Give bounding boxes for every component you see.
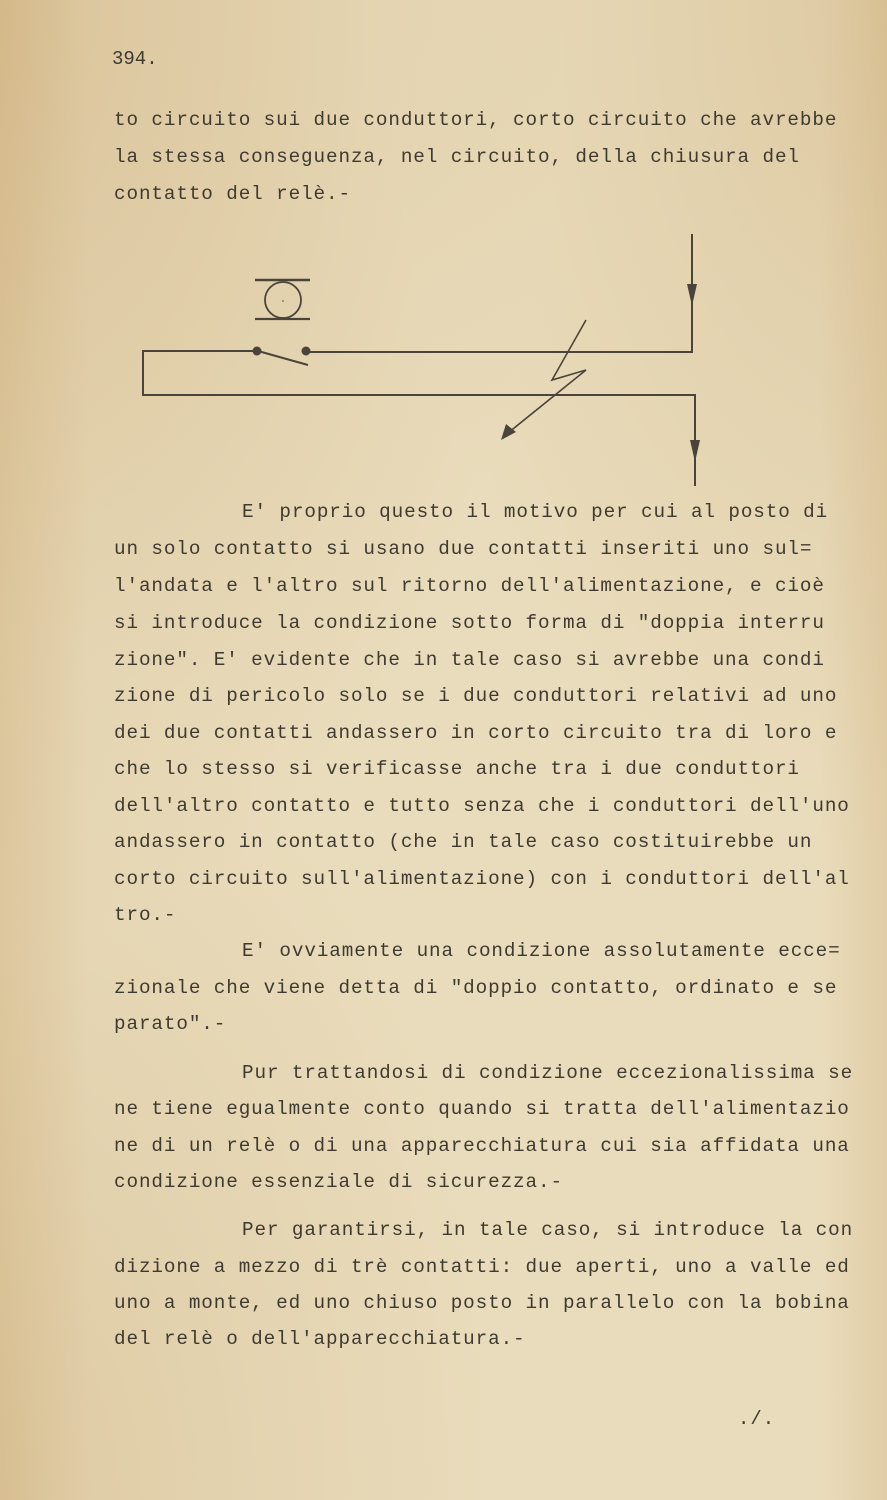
- text-line: uno a monte, ed uno chiuso posto in para…: [114, 1291, 850, 1315]
- supply-out-arrow: [690, 440, 700, 462]
- text-line: che lo stesso si verificasse anche tra i…: [114, 757, 800, 781]
- text-line: ne di un relè o di una apparecchiatura c…: [114, 1134, 850, 1158]
- supply-in-arrow: [687, 284, 697, 306]
- text-line: E' proprio questo il motivo per cui al p…: [242, 500, 828, 524]
- text-line: E' ovviamente una condizione assolutamen…: [242, 939, 841, 963]
- text-line: zione di pericolo solo se i due condutto…: [114, 684, 837, 708]
- text-line: tro.-: [114, 903, 176, 927]
- text-line: dei due contatti andassero in corto circ…: [114, 721, 837, 745]
- relay-coil-symbol: [255, 280, 310, 319]
- bolt-arrowhead: [501, 424, 516, 440]
- text-line: Pur trattandosi di condizione eccezional…: [242, 1061, 853, 1085]
- text-line: un solo contatto si usano due contatti i…: [114, 537, 812, 561]
- continuation-mark: ./.: [738, 1408, 775, 1430]
- open-contact: [258, 351, 308, 365]
- text-line: corto circuito sull'alimentazione) con i…: [114, 867, 850, 891]
- text-line: ne tiene egualmente conto quando si trat…: [114, 1097, 850, 1121]
- text-line: del relè o dell'apparecchiatura.-: [114, 1327, 526, 1351]
- text-line: zione". E' evidente che in tale caso si …: [114, 648, 825, 672]
- text-line: dell'altro contatto e tutto senza che i …: [114, 794, 850, 818]
- text-line: l'andata e l'altro sul ritorno dell'alim…: [114, 574, 825, 598]
- short-circuit-bolt: [503, 320, 586, 437]
- text-line: Per garantirsi, in tale caso, si introdu…: [242, 1218, 853, 1242]
- supply-conductor-return: [307, 234, 692, 352]
- typewritten-page: 394. to circuito sui due conduttori, cor…: [0, 0, 887, 1500]
- text-line: zionale che viene detta di "doppio conta…: [114, 976, 837, 1000]
- text-line: parato".-: [114, 1012, 226, 1036]
- text-line: condizione essenziale di sicurezza.-: [114, 1170, 563, 1194]
- supply-conductor-go: [143, 351, 695, 486]
- text-line: si introduce la condizione sotto forma d…: [114, 611, 825, 635]
- text-line: andassero in contatto (che in tale caso …: [114, 830, 812, 854]
- text-line: dizione a mezzo di trè contatti: due ape…: [114, 1255, 850, 1279]
